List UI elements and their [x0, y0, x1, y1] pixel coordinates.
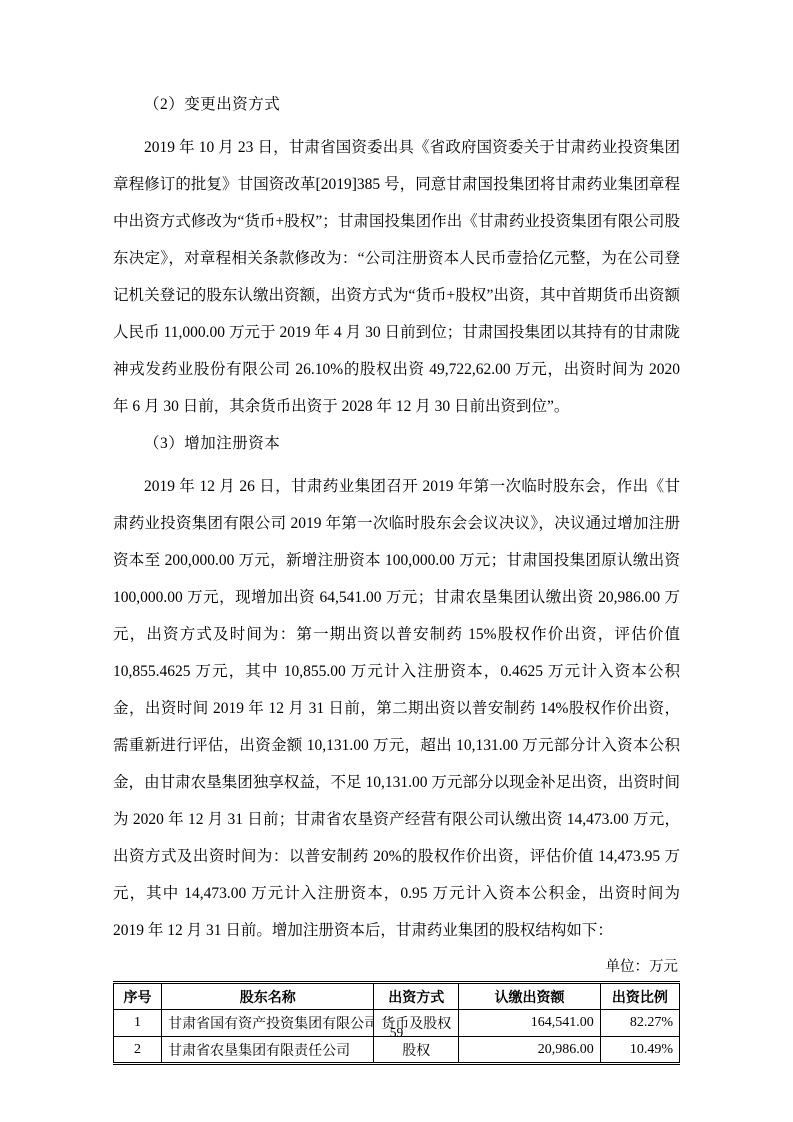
table-header-subscribed-amount: 认缴出资额	[459, 983, 601, 1010]
section-heading-change-contribution-method: （2）变更出资方式	[113, 86, 680, 123]
table-header-row: 序号 股东名称 出资方式 认缴出资额 出资比例	[114, 983, 680, 1010]
shareholding-structure-table: 序号 股东名称 出资方式 认缴出资额 出资比例 1 甘肃省国有资产投资集团有限公…	[113, 981, 680, 1065]
table-header-index: 序号	[114, 983, 162, 1010]
section-heading-increase-registered-capital: （3）增加注册资本	[113, 425, 680, 462]
paragraph-change-contribution-method: 2019 年 10 月 23 日，甘肃省国资委出具《省政府国资委关于甘肃药业投资…	[113, 129, 680, 425]
page-number: 59	[0, 1024, 793, 1042]
document-page: （2）变更出资方式 2019 年 10 月 23 日，甘肃省国资委出具《省政府国…	[0, 0, 793, 1122]
table-header-shareholder-name: 股东名称	[162, 983, 374, 1010]
table-header-contribution-ratio: 出资比例	[600, 983, 679, 1010]
table-header-contribution-method: 出资方式	[374, 983, 459, 1010]
table-unit-label: 单位：万元	[113, 955, 680, 979]
paragraph-increase-registered-capital: 2019 年 12 月 26 日，甘肃药业集团召开 2019 年第一次临时股东会…	[113, 468, 680, 949]
